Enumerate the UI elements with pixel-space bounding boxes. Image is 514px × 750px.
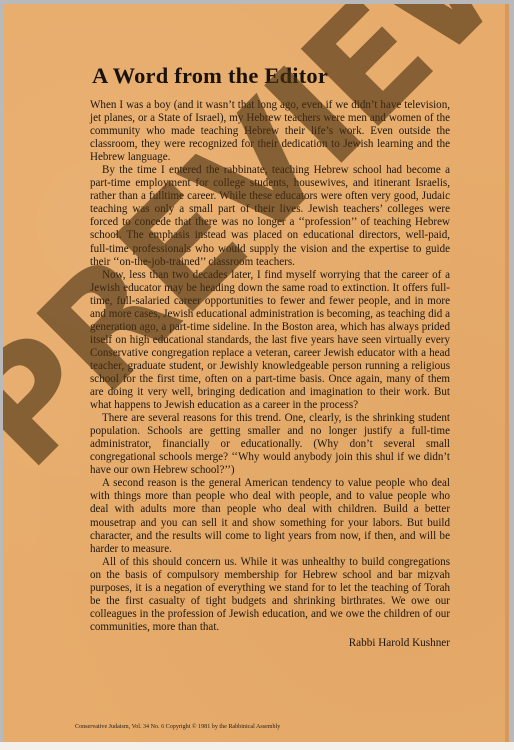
article-paragraph: All of this should concern us. While it …	[90, 556, 450, 634]
author-signature: Rabbi Harold Kushner	[90, 636, 450, 650]
article-paragraph: When I was a boy (and it wasn’t that lon…	[90, 99, 450, 164]
article-paragraph: Now, less than two decades later, I find…	[90, 269, 450, 413]
copyright-footer: Conservative Judaism, Vol. 34 No. 6 Copy…	[75, 724, 280, 730]
document-page: A Word from the Editor When I was a boy …	[3, 4, 509, 742]
page-edge	[505, 4, 509, 742]
page-bottom-margin	[0, 742, 514, 750]
article-title: A Word from the Editor	[92, 62, 450, 90]
article-paragraph: A second reason is the general American …	[90, 477, 450, 555]
article-paragraph: By the time I entered the rabbinate, tea…	[90, 164, 450, 268]
article: A Word from the Editor When I was a boy …	[90, 62, 450, 650]
article-paragraph: There are several reasons for this trend…	[90, 412, 450, 477]
